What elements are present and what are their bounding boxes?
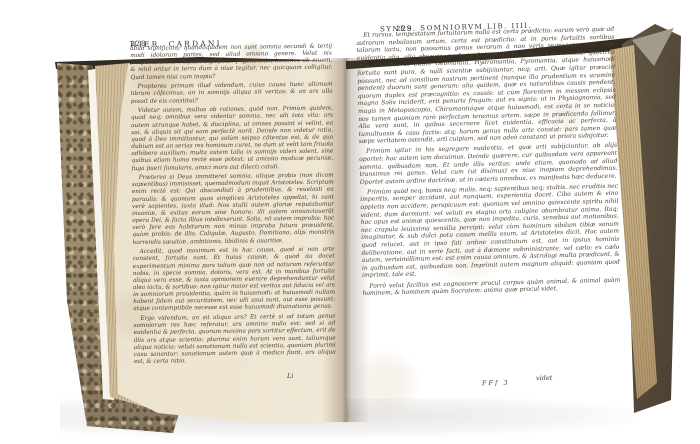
body-paragraph: Accedit, quod maximum est in hac causa, … xyxy=(133,247,336,314)
signature-mark: FFf 3 xyxy=(482,379,510,388)
signature-mark: Li xyxy=(287,372,294,380)
body-paragraph: Primùm igitur in his segregare euidentia… xyxy=(359,142,618,186)
left-running-header-row: 228 HIER. CARDANI xyxy=(130,38,332,40)
right-running-header-row: SYNES. SOMNIORVM LIB. IIII. 229 xyxy=(356,20,614,26)
right-body-text: Et rursus, tempestatum fortuitarum nulla… xyxy=(356,26,622,362)
body-paragraph: Et rursus, tempestatum fortuitarum nulla… xyxy=(356,26,617,146)
body-paragraph: Propterea primum illud videndum, cuius c… xyxy=(131,82,333,106)
catchword: videt xyxy=(536,374,553,382)
left-page-text: 228 HIER. CARDANI aliud significans: qua… xyxy=(130,38,336,376)
body-paragraph: Videtur autem, multas ob rationes, quòd … xyxy=(131,106,334,173)
right-page-text: SYNES. SOMNIORVM LIB. IIII. 229 Et rursu… xyxy=(356,20,623,378)
photo-background: 228 HIER. CARDANI aliud significans: qua… xyxy=(0,0,700,444)
body-paragraph: Primùm quòd neq; bonis neq; malis, neq; … xyxy=(360,183,620,280)
body-paragraph: aliud significans: quandoquidem non sunt… xyxy=(130,44,332,82)
body-paragraph: Porrò velut facilius est cognoscere proc… xyxy=(362,276,620,297)
body-paragraph: Præterea si Deus immitteret somnia, utiq… xyxy=(132,173,335,247)
body-paragraph: Ergo videndum, an sit aliqua ars? Et cer… xyxy=(133,314,336,367)
left-body-text: aliud significans: quandoquidem non sunt… xyxy=(130,44,336,368)
